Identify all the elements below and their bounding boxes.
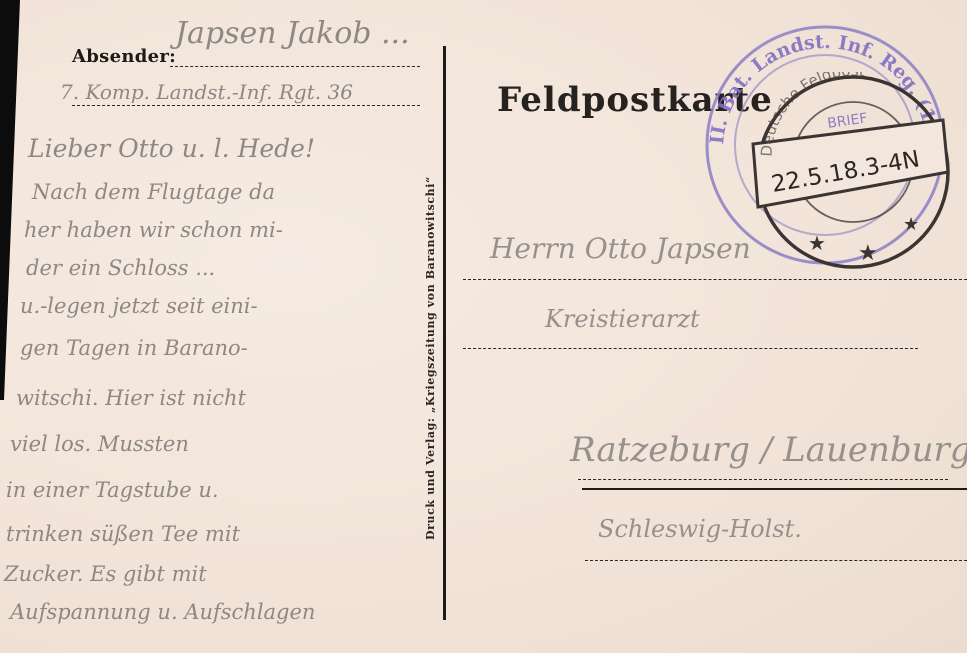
- letter-line: der ein Schloss ...: [26, 256, 215, 280]
- address-line-3: [578, 479, 948, 480]
- sender-line-1: [170, 66, 420, 67]
- postcard: Absender: Japsen Jakob ... 7. Komp. Land…: [0, 0, 967, 653]
- letter-line: u.-legen jetzt seit eini-: [20, 294, 258, 318]
- letter-line: Zucker. Es gibt mit: [4, 562, 207, 586]
- address-line-2: [463, 348, 918, 349]
- sender-label: Absender:: [72, 46, 176, 67]
- star-icon: ★: [858, 241, 878, 266]
- recipient-title: Kreistierarzt: [545, 305, 700, 333]
- recipient-city: Ratzeburg / Lauenburg: [570, 430, 967, 470]
- address-city-underline: [582, 488, 967, 490]
- star-icon: ★: [903, 214, 919, 235]
- sender-line-2: [72, 105, 420, 106]
- recipient-region: Schleswig-Holst.: [598, 515, 802, 543]
- sender-unit: 7. Komp. Landst.-Inf. Rgt. 36: [60, 80, 353, 104]
- center-divider: [443, 46, 446, 620]
- letter-line: viel los. Mussten: [10, 432, 189, 456]
- sender-name: Japsen Jakob ...: [175, 16, 410, 51]
- letter-line: in einer Tagstube u.: [6, 478, 219, 502]
- publisher-imprint: Druck und Verlag: „Kriegszeitung von Bar…: [424, 176, 437, 540]
- letter-line: Aufspannung u. Aufschlagen: [10, 600, 315, 624]
- address-line-4: [585, 560, 967, 561]
- postmark: Deutsche Feldpost BRIEF 22.5.18.3-4N ★ ★…: [748, 72, 958, 272]
- scan-edge-shadow: [0, 0, 20, 400]
- letter-line: trinken süßen Tee mit: [6, 522, 240, 546]
- letter-line: Nach dem Flugtage da: [32, 180, 275, 204]
- letter-line: Lieber Otto u. l. Hede!: [28, 134, 315, 163]
- star-icon: ★: [808, 231, 826, 255]
- letter-line: witschi. Hier ist nicht: [16, 386, 246, 410]
- letter-line: gen Tagen in Barano-: [20, 336, 248, 360]
- letter-line: her haben wir schon mi-: [24, 218, 283, 242]
